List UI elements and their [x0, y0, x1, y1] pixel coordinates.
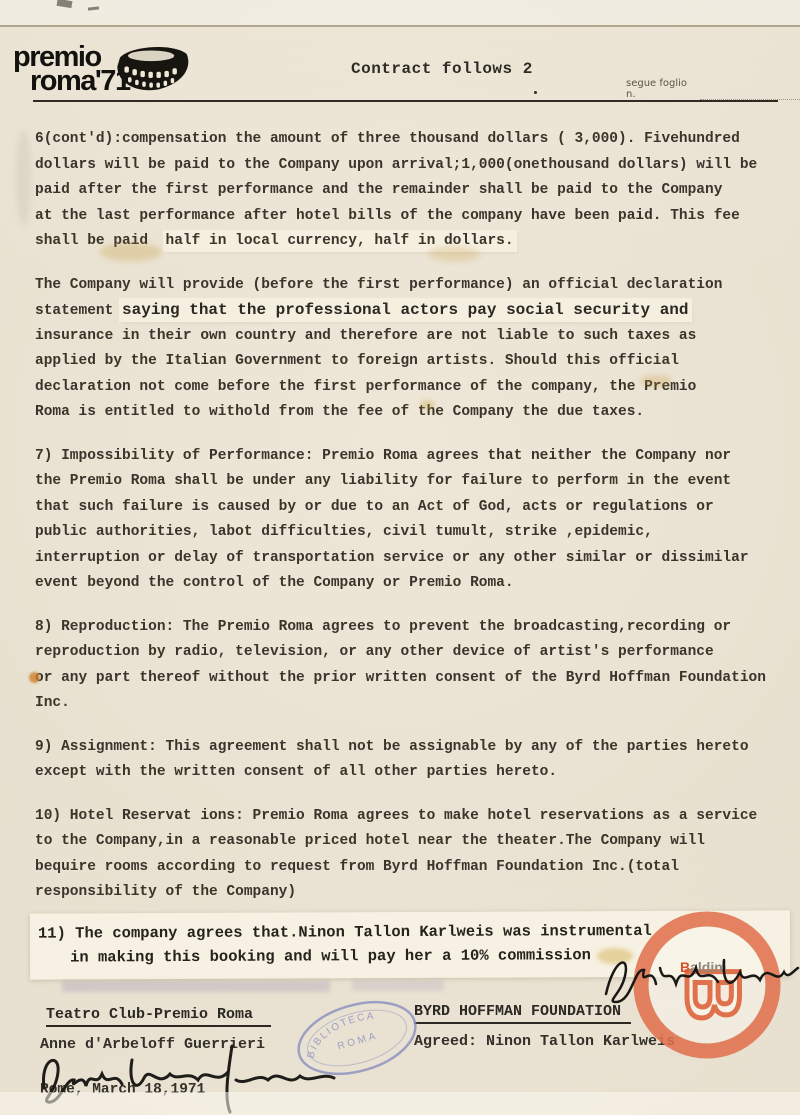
typed-text: statement [35, 303, 122, 319]
bleed-through-text [352, 980, 444, 991]
typed-line: dollars will be paid to the Company upon… [35, 153, 785, 179]
page-title: Contract follows 2 [351, 60, 533, 78]
bleed-through-text [62, 981, 330, 992]
typed-line: 8) Reproduction: The Premio Roma agrees … [35, 615, 785, 641]
library-stamp: BIBLIOTECA ROMA [282, 992, 432, 1086]
stray-period-mark [534, 91, 537, 94]
typed-line: 7) Impossibility of Performance: Premio … [35, 444, 785, 470]
typed-line: event beyond the control of the Company … [35, 571, 785, 597]
typed-line: applied by the Italian Government to for… [35, 349, 785, 375]
scanned-contract-page: premio roma'71 Contract follows 2 segue … [0, 0, 800, 1115]
typed-line: the Premio Roma shall be under any liabi… [35, 469, 785, 495]
typed-line: that such failure is caused by or due to… [35, 495, 785, 521]
typed-line: Roma is entitled to withold from the fee… [35, 400, 785, 426]
typed-line: shall be paid half in local currency, ha… [35, 229, 785, 255]
sheet-number-label: segue foglio n. [626, 78, 695, 100]
clause-7-impossibility: 7) Impossibility of Performance: Premio … [35, 444, 785, 597]
typed-line: 10) Hotel Reservat ions: Premio Roma agr… [35, 804, 785, 830]
typed-text: shall be paid [35, 233, 166, 249]
pasted-correction-strip: half in local currency, half in dollars. [166, 233, 514, 249]
typed-line: interruption or delay of transportation … [35, 546, 785, 572]
typed-line: 6(cont'd):compensation the amount of thr… [35, 127, 785, 153]
typed-line: insurance in their own country and there… [35, 324, 785, 350]
typed-line: except with the written consent of all o… [35, 760, 785, 786]
typed-line: 9) Assignment: This agreement shall not … [35, 735, 785, 761]
stamp-center-text: ROMA [336, 1030, 379, 1052]
fold-crease [0, 25, 800, 27]
paper-top-band [0, 0, 800, 25]
clause-10-hotel-reservations: 10) Hotel Reservat ions: Premio Roma agr… [35, 804, 785, 906]
typed-line: or any part thereof without the prior wr… [35, 666, 785, 692]
sheet-number-row: segue foglio n. [626, 78, 800, 100]
declaration-paragraph: The Company will provide (before the fir… [35, 273, 785, 426]
typed-line: public authorities, labot difficulties, … [35, 520, 785, 546]
typed-line: statement saying that the professional a… [35, 298, 785, 324]
left-signatory-org: Teatro Club-Premio Roma [46, 1006, 271, 1027]
clause-6-continued: 6(cont'd):compensation the amount of thr… [35, 127, 785, 255]
clause-9-assignment: 9) Assignment: This agreement shall not … [35, 735, 785, 786]
contract-body: 6(cont'd):compensation the amount of thr… [35, 127, 785, 924]
sheet-number-dotted-line [700, 88, 800, 100]
clause-8-reproduction: 8) Reproduction: The Premio Roma agrees … [35, 615, 785, 717]
paper-smudge [16, 130, 31, 225]
colosseum-icon [112, 42, 192, 98]
typed-line: reproduction by radio, television, or an… [35, 640, 785, 666]
typed-line: to the Company,in a reasonable priced ho… [35, 829, 785, 855]
pasted-correction-strip: saying that the professional actors pay … [122, 301, 689, 319]
typed-line: declaration not come before the first pe… [35, 375, 785, 401]
robert-wilson-signature [598, 942, 800, 1014]
typed-line: at the last performance after hotel bill… [35, 204, 785, 230]
typed-line: Inc. [35, 691, 785, 717]
typed-line: The Company will provide (before the fir… [35, 273, 785, 299]
header-rule [33, 100, 778, 102]
typed-line: paid after the first performance and the… [35, 178, 785, 204]
typed-line: bequire rooms according to request from … [35, 855, 785, 881]
paper-bottom-band [0, 1092, 800, 1115]
